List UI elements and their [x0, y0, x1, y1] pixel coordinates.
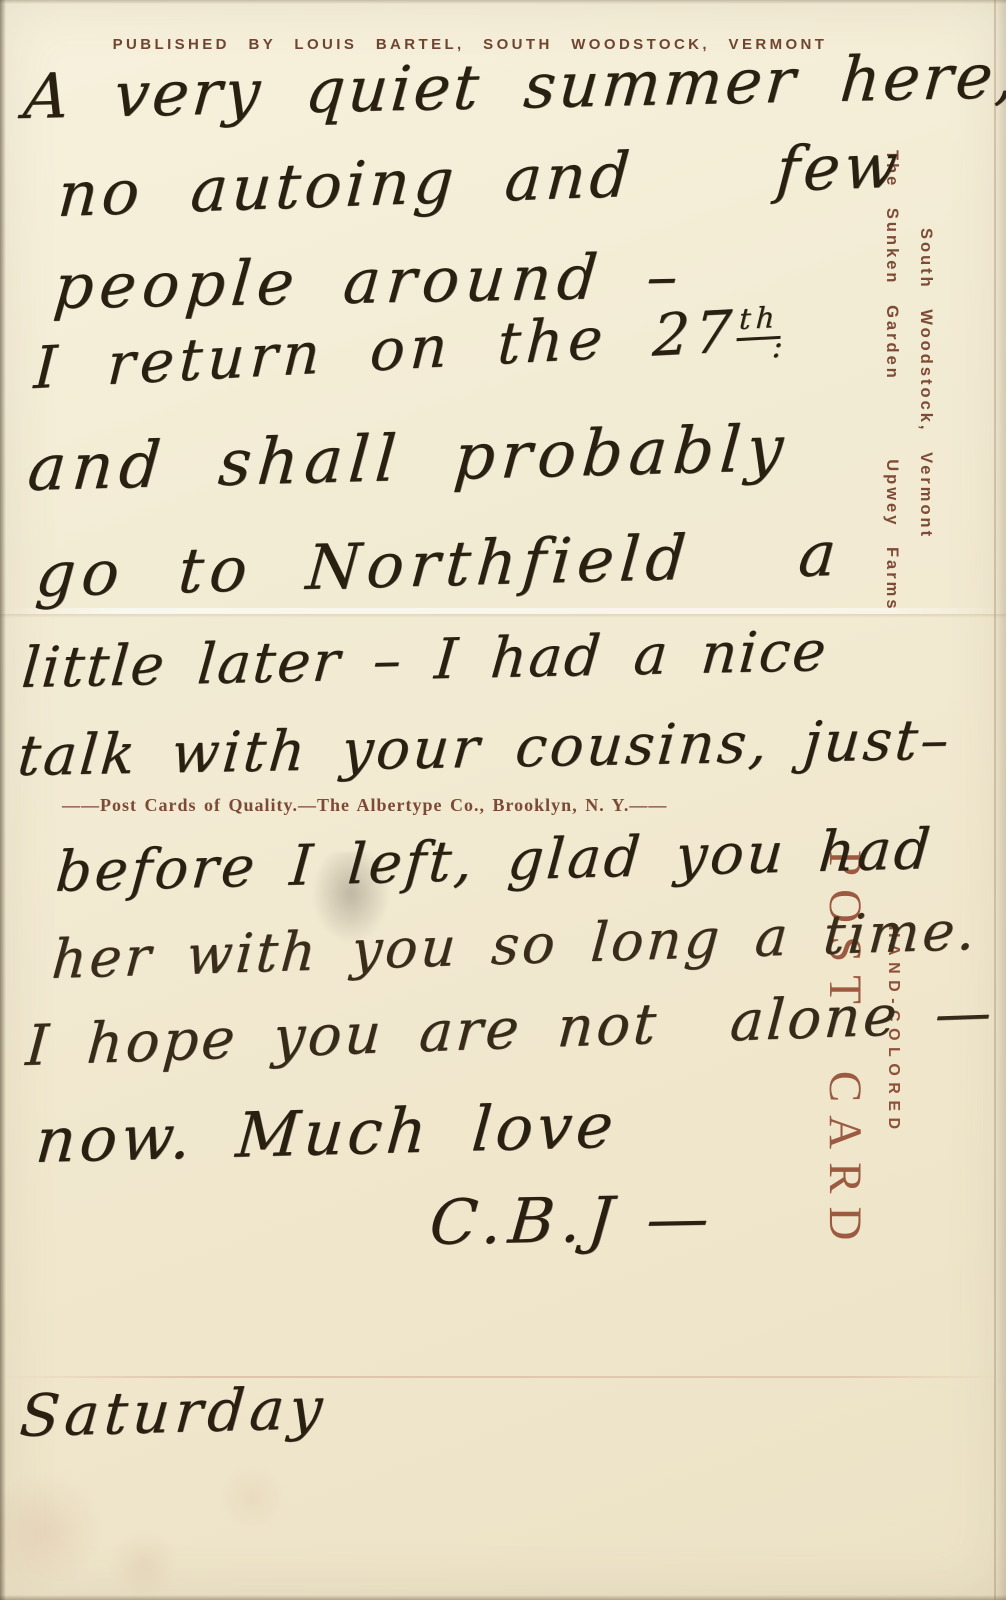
- handwritten-line-2: no autoing and few: [55, 128, 903, 231]
- handwritten-line-7: little later – I had a nice: [19, 619, 830, 701]
- printer-imprint: ——Post Cards of Quality.—The Albertype C…: [62, 795, 802, 816]
- postcard-paper: PUBLISHED BY LOUIS BARTEL, SOUTH WOODSTO…: [0, 0, 1006, 1600]
- handwritten-line-5: and shall probably: [25, 412, 792, 506]
- handwritten-line-9: before I left, glad you had: [53, 817, 935, 905]
- scan-edge-top: [0, 0, 1006, 4]
- day-note: Saturday: [17, 1374, 329, 1450]
- side-caption-location: South Woodstock, Vermont: [912, 150, 939, 750]
- line-4-colon-mark: :: [771, 326, 789, 365]
- scan-edge-right: [995, 0, 1006, 1600]
- scan-edge-bottom: [0, 1595, 1006, 1600]
- foxing-spots: [0, 1430, 360, 1600]
- side-caption-title: The Sunken Garden Upwey Farms: [878, 150, 905, 750]
- handwritten-line-12: now. Much love: [33, 1089, 620, 1177]
- scan-edge-left: [0, 0, 6, 1600]
- side-caption: The Sunken Garden Upwey Farms South Wood…: [878, 150, 939, 750]
- horizontal-crease: [0, 608, 1006, 614]
- handwritten-line-8: talk with your cousins, just–: [15, 708, 954, 789]
- postcard-scan: PUBLISHED BY LOUIS BARTEL, SOUTH WOODSTO…: [0, 0, 1006, 1600]
- signature: C.B.J —: [427, 1181, 719, 1259]
- handwritten-line-6: go to Northfield a: [33, 517, 845, 611]
- handwritten-line-1: A very quiet summer here,: [21, 39, 1006, 133]
